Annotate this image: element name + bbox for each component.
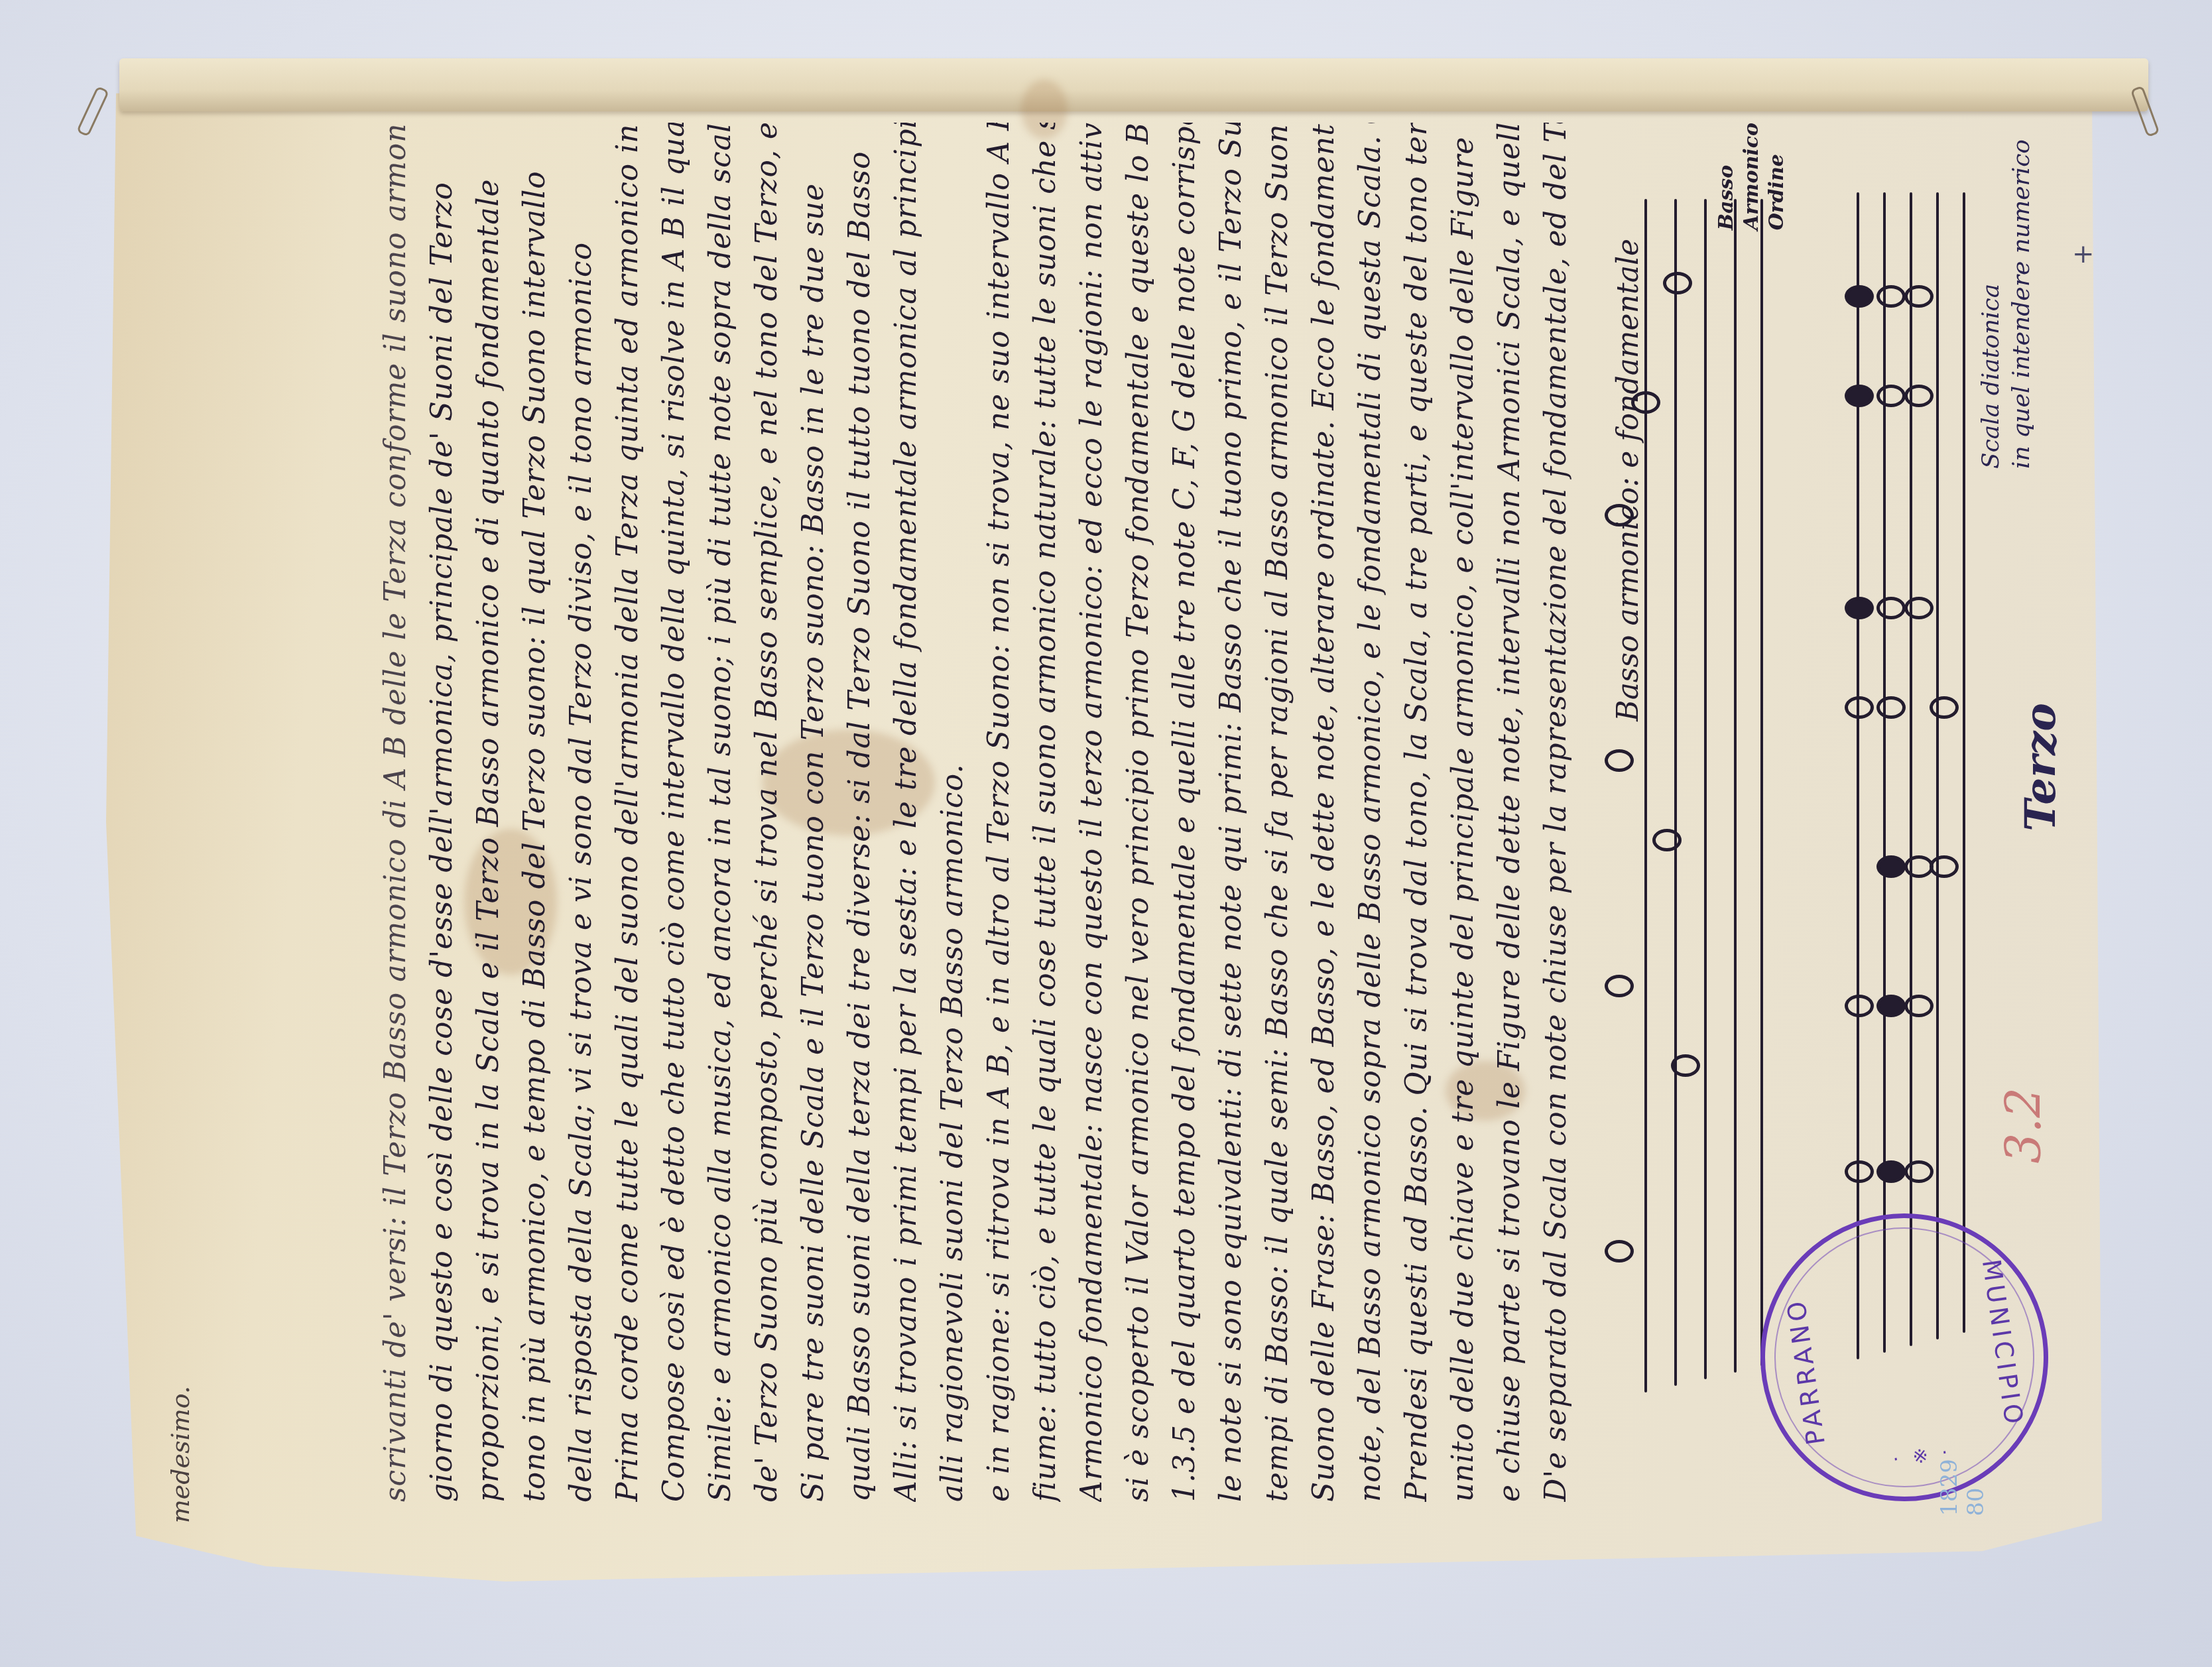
chord-note	[1845, 285, 1874, 308]
text-line: alli ragionevoli suoni del Terzo Basso a…	[935, 123, 971, 1502]
chord-note	[1876, 285, 1906, 308]
text-line: della risposta della Scala; vi si trova …	[564, 123, 599, 1502]
chord-note	[1930, 696, 1959, 719]
text-line: e chiuse parte si trovano le Figure dell…	[1492, 123, 1528, 1502]
text-line: giorno di questo e così delle cose d'ess…	[424, 123, 460, 1502]
folio-number: 3.2	[1996, 1087, 2052, 1164]
text-line: unito delle due chiave e tre quinte del …	[1445, 123, 1481, 1502]
text-line: Simile: e armonico alla musica, ed ancor…	[703, 123, 739, 1502]
manuscript-text: D'e separato dal Scala con note chiuse p…	[199, 123, 1678, 1515]
chord-note	[1904, 597, 1934, 619]
text-line: note, del Basso armonico sopra delle Bas…	[1353, 123, 1388, 1502]
chord-note	[1876, 385, 1906, 407]
blue-pencil-mark: 1829 80	[1936, 1459, 1989, 1516]
chord-note	[1845, 995, 1874, 1017]
chord-note	[1904, 995, 1934, 1017]
text-line: fiume: tutto ciò, e tutte le quali cose …	[1028, 123, 1064, 1502]
text-line: Armonico fondamentale: nasce con questo …	[1074, 123, 1110, 1502]
text-line: Alli: si trovano i primi tempi per la se…	[889, 123, 924, 1502]
chord-note	[1876, 855, 1906, 878]
text-line: 1.3.5 e del quarto tempo del fondamental…	[1167, 123, 1203, 1502]
blue-mark-line: 1829	[1936, 1459, 1963, 1516]
chord-note	[1845, 696, 1874, 719]
text-line: Si pare tre suoni delle Scala e il Terzo…	[796, 123, 831, 1502]
text-line: e in ragione: si ritrova in A B, e in al…	[981, 123, 1017, 1502]
text-line: quali Basso suoni della terza dei tre di…	[842, 123, 878, 1502]
chord-note	[1845, 1160, 1874, 1183]
closing-word: medesimo.	[166, 1386, 195, 1523]
text-line: proporzioni, e si trova in la Scala e il…	[471, 123, 507, 1502]
chord-note	[1876, 1160, 1906, 1183]
text-line: D'e separato dal Scala con note chiuse p…	[1538, 123, 1574, 1502]
chord-note	[1876, 696, 1906, 719]
text-line: si è scoperto il Valor armonico nel vero…	[1121, 123, 1156, 1502]
chord-note	[1904, 285, 1934, 308]
chord-note	[1930, 855, 1959, 878]
cross-mark: +	[2072, 239, 2095, 269]
text-line: Prima corde come tutte le quali del suon…	[610, 123, 646, 1502]
text-line: de' Terzo Suono più composto, perché si …	[749, 123, 785, 1502]
text-line: tono in più armonico, e tempo di Basso d…	[517, 123, 553, 1502]
text-line: Suono delle Frase: Basso, ed Basso, e le…	[1306, 123, 1342, 1502]
text-line: scrivanti de' versi: il Terzo Basso armo…	[378, 123, 414, 1502]
chord-note	[1845, 597, 1874, 619]
folded-top-edge	[119, 58, 2148, 111]
text-line: Prendesi questi ad Basso. Qui si trova d…	[1399, 123, 1435, 1502]
blue-mark-line: 80	[1963, 1459, 1989, 1516]
text-line: tempi di Basso: il quale semi: Basso che…	[1260, 123, 1296, 1502]
chord-note	[1876, 995, 1906, 1017]
chord-staff	[1857, 192, 2056, 1359]
text-line: le note si sono equivalenti: di sette no…	[1213, 123, 1249, 1502]
chord-note	[1845, 385, 1874, 407]
chord-note	[1904, 1160, 1934, 1183]
text-line: Compose così ed è detto che tutto ciò co…	[656, 123, 692, 1502]
chord-note	[1904, 385, 1934, 407]
chord-note	[1876, 597, 1906, 619]
